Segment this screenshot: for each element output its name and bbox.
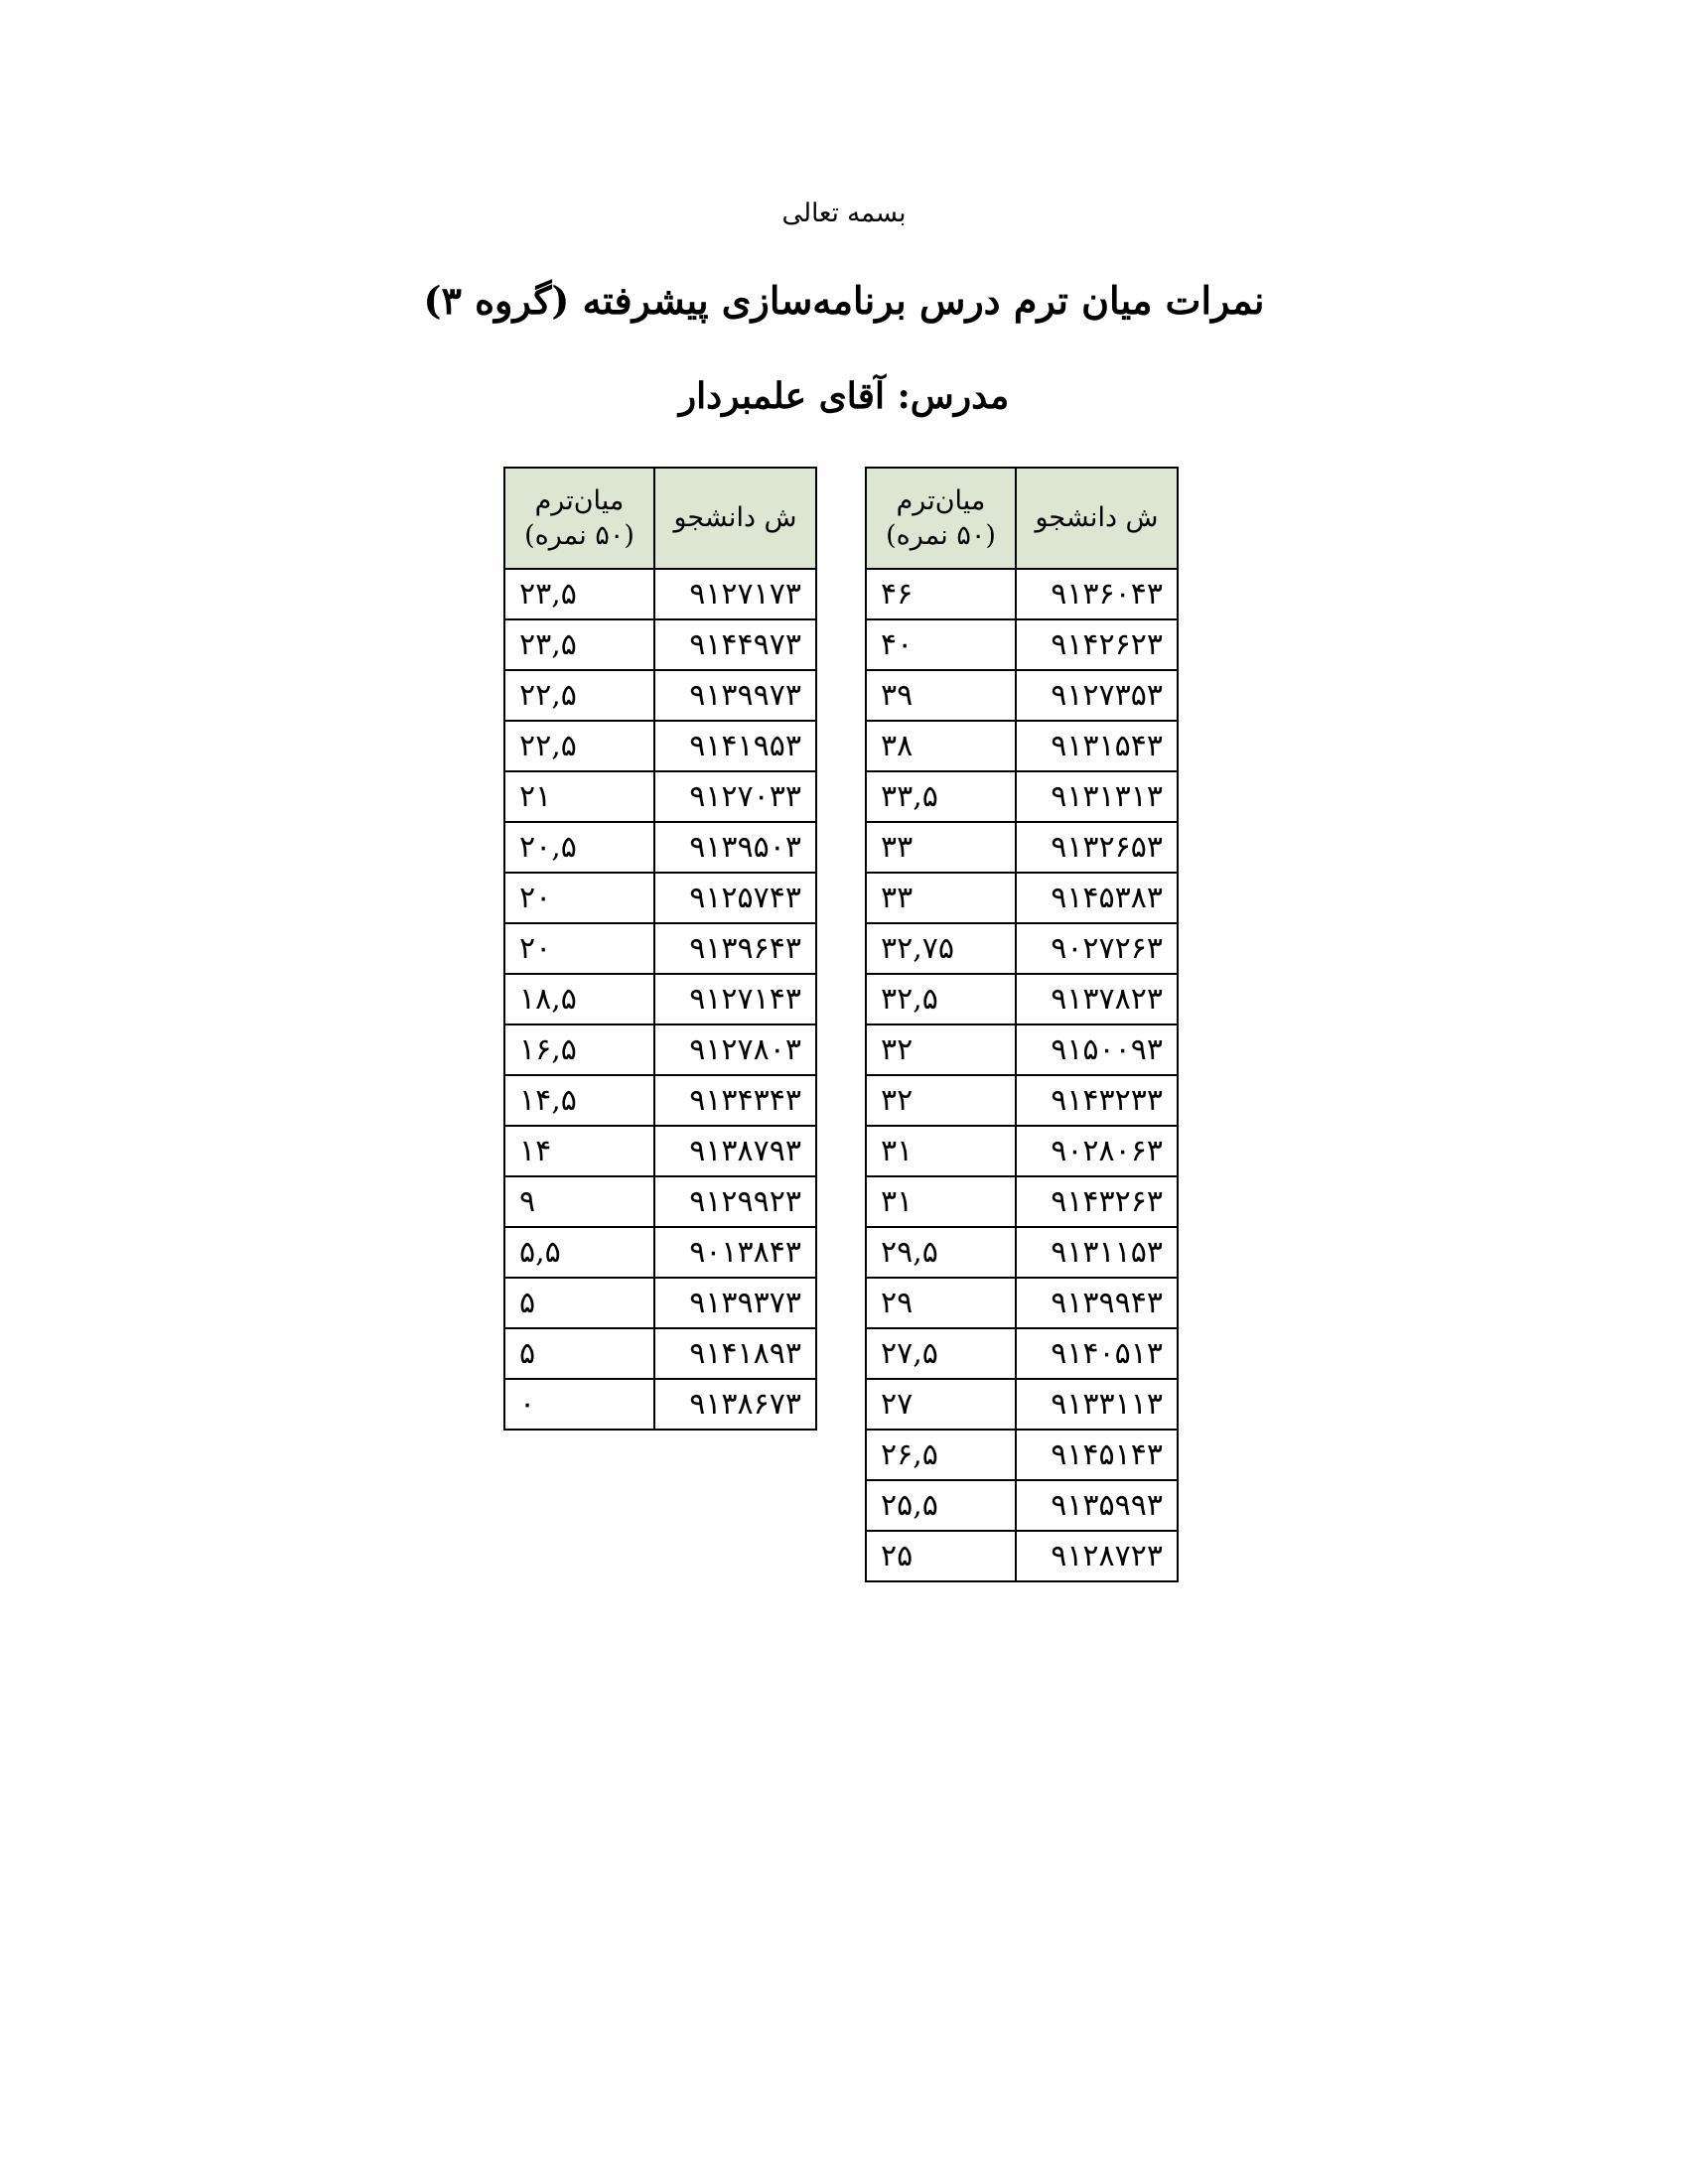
table-row: ۹۱۴۵۱۴۳۲۶,۵ <box>866 1430 1178 1480</box>
student-id-cell: ۹۰۲۷۲۶۳ <box>1016 923 1178 974</box>
table-header-row: ش دانشجو میان‌ترم (۵۰ نمره) <box>504 468 816 569</box>
student-id-cell: ۹۰۱۳۸۴۳ <box>654 1227 816 1278</box>
midterm-score-cell: ۲۳,۵ <box>504 569 654 619</box>
table-row: ۹۱۳۱۱۵۳۲۹,۵ <box>866 1227 1178 1278</box>
student-id-cell: ۹۱۳۸۶۷۳ <box>654 1379 816 1430</box>
midterm-score-cell: ۱۸,۵ <box>504 974 654 1024</box>
midterm-score-cell: ۳۱ <box>866 1126 1016 1176</box>
table-row: ۹۱۳۹۹۷۳۲۲,۵ <box>504 670 816 721</box>
student-id-cell: ۹۰۲۸۰۶۳ <box>1016 1126 1178 1176</box>
student-id-cell: ۹۱۳۸۷۹۳ <box>654 1126 816 1176</box>
column-header-student-id: ش دانشجو <box>1016 468 1178 569</box>
table-row: ۹۱۴۴۹۷۳۲۳,۵ <box>504 619 816 670</box>
midterm-score-cell: ۲۱ <box>504 771 654 822</box>
table-row: ۹۱۲۷۱۷۳۲۳,۵ <box>504 569 816 619</box>
midterm-score-cell: ۳۳,۵ <box>866 771 1016 822</box>
student-id-cell: ۹۱۳۹۹۷۳ <box>654 670 816 721</box>
student-id-cell: ۹۱۴۵۱۴۳ <box>1016 1430 1178 1480</box>
table-row: ۹۱۴۳۲۳۳۳۲ <box>866 1075 1178 1126</box>
midterm-score-cell: ۲۶,۵ <box>866 1430 1016 1480</box>
table-row: ۹۱۲۸۷۲۳۲۵ <box>866 1531 1178 1581</box>
instructor-line: مدرس: آقای علمبردار <box>0 375 1688 417</box>
midterm-score-cell: ۲۳,۵ <box>504 619 654 670</box>
column-header-student-id: ش دانشجو <box>654 468 816 569</box>
student-id-cell: ۹۱۴۴۹۷۳ <box>654 619 816 670</box>
student-id-cell: ۹۱۳۹۹۴۳ <box>1016 1278 1178 1328</box>
table-row: ۹۱۴۰۵۱۳۲۷,۵ <box>866 1328 1178 1379</box>
midterm-score-cell: ۲۵ <box>866 1531 1016 1581</box>
student-id-cell: ۹۱۲۸۷۲۳ <box>1016 1531 1178 1581</box>
midterm-score-cell: ۳۳ <box>866 822 1016 873</box>
student-id-cell: ۹۱۳۶۰۴۳ <box>1016 569 1178 619</box>
student-id-cell: ۹۱۴۳۲۳۳ <box>1016 1075 1178 1126</box>
table-row: ۹۱۵۰۰۹۳۳۲ <box>866 1024 1178 1075</box>
student-id-cell: ۹۱۴۰۵۱۳ <box>1016 1328 1178 1379</box>
student-id-cell: ۹۱۲۹۹۲۳ <box>654 1176 816 1227</box>
student-id-cell: ۹۱۴۲۶۲۳ <box>1016 619 1178 670</box>
midterm-score-cell: ۵ <box>504 1278 654 1328</box>
column-header-midterm-line2: (۵۰ نمره) <box>886 520 996 551</box>
student-id-cell: ۹۱۲۷۱۴۳ <box>654 974 816 1024</box>
table-header-row: ش دانشجو میان‌ترم (۵۰ نمره) <box>866 468 1178 569</box>
column-header-midterm-line1: میان‌ترم <box>535 485 625 516</box>
midterm-score-cell: ۰ <box>504 1379 654 1430</box>
table-row: ۹۱۳۹۶۴۳۲۰ <box>504 923 816 974</box>
table-row: ۹۱۳۲۶۵۳۳۳ <box>866 822 1178 873</box>
page-title: نمرات میان ترم درس برنامه‌سازی پیشرفته (… <box>0 278 1688 323</box>
table-row: ۹۱۳۱۳۱۳۳۳,۵ <box>866 771 1178 822</box>
table-row: ۹۱۴۳۲۶۳۳۱ <box>866 1176 1178 1227</box>
midterm-score-cell: ۵,۵ <box>504 1227 654 1278</box>
midterm-score-cell: ۲۰ <box>504 873 654 923</box>
student-id-cell: ۹۱۳۹۶۴۳ <box>654 923 816 974</box>
student-id-cell: ۹۱۳۱۳۱۳ <box>1016 771 1178 822</box>
table-row: ۹۱۲۷۰۳۳۲۱ <box>504 771 816 822</box>
midterm-score-cell: ۱۴,۵ <box>504 1075 654 1126</box>
midterm-score-cell: ۳۸ <box>866 721 1016 771</box>
table-row: ۹۱۴۲۶۲۳۴۰ <box>866 619 1178 670</box>
table-row: ۹۱۲۷۸۰۳۱۶,۵ <box>504 1024 816 1075</box>
student-id-cell: ۹۱۵۰۰۹۳ <box>1016 1024 1178 1075</box>
student-id-cell: ۹۱۴۳۲۶۳ <box>1016 1176 1178 1227</box>
basmala-heading: بسمه تعالی <box>0 199 1688 228</box>
midterm-score-cell: ۹ <box>504 1176 654 1227</box>
grades-table-left: ش دانشجو میان‌ترم (۵۰ نمره) ۹۱۲۷۱۷۳۲۳,۵۹… <box>503 467 817 1431</box>
midterm-score-cell: ۴۶ <box>866 569 1016 619</box>
table-row: ۹۱۴۵۳۸۳۳۳ <box>866 873 1178 923</box>
column-header-midterm: میان‌ترم (۵۰ نمره) <box>504 468 654 569</box>
midterm-score-cell: ۲۷ <box>866 1379 1016 1430</box>
table-row: ۹۱۳۶۰۴۳۴۶ <box>866 569 1178 619</box>
midterm-score-cell: ۲۹ <box>866 1278 1016 1328</box>
table-row: ۹۱۳۸۶۷۳۰ <box>504 1379 816 1430</box>
table-row: ۹۱۳۴۳۴۳۱۴,۵ <box>504 1075 816 1126</box>
table-row: ۹۱۲۵۷۴۳۲۰ <box>504 873 816 923</box>
midterm-score-cell: ۱۶,۵ <box>504 1024 654 1075</box>
midterm-score-cell: ۲۲,۵ <box>504 670 654 721</box>
midterm-score-cell: ۲۰ <box>504 923 654 974</box>
table-row: ۹۱۳۳۱۱۳۲۷ <box>866 1379 1178 1430</box>
student-id-cell: ۹۱۳۴۳۴۳ <box>654 1075 816 1126</box>
midterm-score-cell: ۲۲,۵ <box>504 721 654 771</box>
midterm-score-cell: ۲۹,۵ <box>866 1227 1016 1278</box>
table-row: ۹۱۳۸۷۹۳۱۴ <box>504 1126 816 1176</box>
table-row: ۹۱۳۹۵۰۳۲۰,۵ <box>504 822 816 873</box>
table-row: ۹۱۴۱۸۹۳۵ <box>504 1328 816 1379</box>
student-id-cell: ۹۱۳۲۶۵۳ <box>1016 822 1178 873</box>
student-id-cell: ۹۱۴۱۸۹۳ <box>654 1328 816 1379</box>
table-row: ۹۱۳۹۳۷۳۵ <box>504 1278 816 1328</box>
table-row: ۹۱۳۱۵۴۳۳۸ <box>866 721 1178 771</box>
table-row: ۹۱۳۹۹۴۳۲۹ <box>866 1278 1178 1328</box>
student-id-cell: ۹۱۳۹۵۰۳ <box>654 822 816 873</box>
student-id-cell: ۹۱۳۷۸۲۳ <box>1016 974 1178 1024</box>
midterm-score-cell: ۳۹ <box>866 670 1016 721</box>
table-row: ۹۱۲۷۱۴۳۱۸,۵ <box>504 974 816 1024</box>
column-header-midterm-line1: میان‌ترم <box>897 485 986 516</box>
midterm-score-cell: ۳۲ <box>866 1024 1016 1075</box>
midterm-score-cell: ۳۲ <box>866 1075 1016 1126</box>
student-id-cell: ۹۱۳۵۹۹۳ <box>1016 1480 1178 1531</box>
student-id-cell: ۹۱۳۱۱۵۳ <box>1016 1227 1178 1278</box>
table-row: ۹۰۲۷۲۶۳۳۲,۷۵ <box>866 923 1178 974</box>
table-row: ۹۱۲۷۳۵۳۳۹ <box>866 670 1178 721</box>
student-id-cell: ۹۱۳۱۵۴۳ <box>1016 721 1178 771</box>
midterm-score-cell: ۳۲,۷۵ <box>866 923 1016 974</box>
midterm-score-cell: ۳۲,۵ <box>866 974 1016 1024</box>
table-row: ۹۱۴۱۹۵۳۲۲,۵ <box>504 721 816 771</box>
midterm-score-cell: ۳۳ <box>866 873 1016 923</box>
student-id-cell: ۹۱۲۵۷۴۳ <box>654 873 816 923</box>
midterm-score-cell: ۲۰,۵ <box>504 822 654 873</box>
column-header-midterm: میان‌ترم (۵۰ نمره) <box>866 468 1016 569</box>
table-row: ۹۱۳۵۹۹۳۲۵,۵ <box>866 1480 1178 1531</box>
student-id-cell: ۹۱۲۷۸۰۳ <box>654 1024 816 1075</box>
student-id-cell: ۹۱۳۳۱۱۳ <box>1016 1379 1178 1430</box>
grades-table-right-body: ۹۱۳۶۰۴۳۴۶۹۱۴۲۶۲۳۴۰۹۱۲۷۳۵۳۳۹۹۱۳۱۵۴۳۳۸۹۱۳۱… <box>866 569 1178 1581</box>
midterm-score-cell: ۲۵,۵ <box>866 1480 1016 1531</box>
midterm-score-cell: ۱۴ <box>504 1126 654 1176</box>
student-id-cell: ۹۱۲۷۰۳۳ <box>654 771 816 822</box>
midterm-score-cell: ۵ <box>504 1328 654 1379</box>
grades-table-right: ش دانشجو میان‌ترم (۵۰ نمره) ۹۱۳۶۰۴۳۴۶۹۱۴… <box>865 467 1179 1582</box>
table-row: ۹۱۳۷۸۲۳۳۲,۵ <box>866 974 1178 1024</box>
table-row: ۹۰۱۳۸۴۳۵,۵ <box>504 1227 816 1278</box>
midterm-score-cell: ۲۷,۵ <box>866 1328 1016 1379</box>
student-id-cell: ۹۱۲۷۳۵۳ <box>1016 670 1178 721</box>
student-id-cell: ۹۱۴۱۹۵۳ <box>654 721 816 771</box>
table-row: ۹۱۲۹۹۲۳۹ <box>504 1176 816 1227</box>
student-id-cell: ۹۱۳۹۳۷۳ <box>654 1278 816 1328</box>
table-row: ۹۰۲۸۰۶۳۳۱ <box>866 1126 1178 1176</box>
student-id-cell: ۹۱۲۷۱۷۳ <box>654 569 816 619</box>
grades-table-left-body: ۹۱۲۷۱۷۳۲۳,۵۹۱۴۴۹۷۳۲۳,۵۹۱۳۹۹۷۳۲۲,۵۹۱۴۱۹۵۳… <box>504 569 816 1430</box>
column-header-midterm-line2: (۵۰ نمره) <box>524 520 634 551</box>
student-id-cell: ۹۱۴۵۳۸۳ <box>1016 873 1178 923</box>
midterm-score-cell: ۳۱ <box>866 1176 1016 1227</box>
midterm-score-cell: ۴۰ <box>866 619 1016 670</box>
